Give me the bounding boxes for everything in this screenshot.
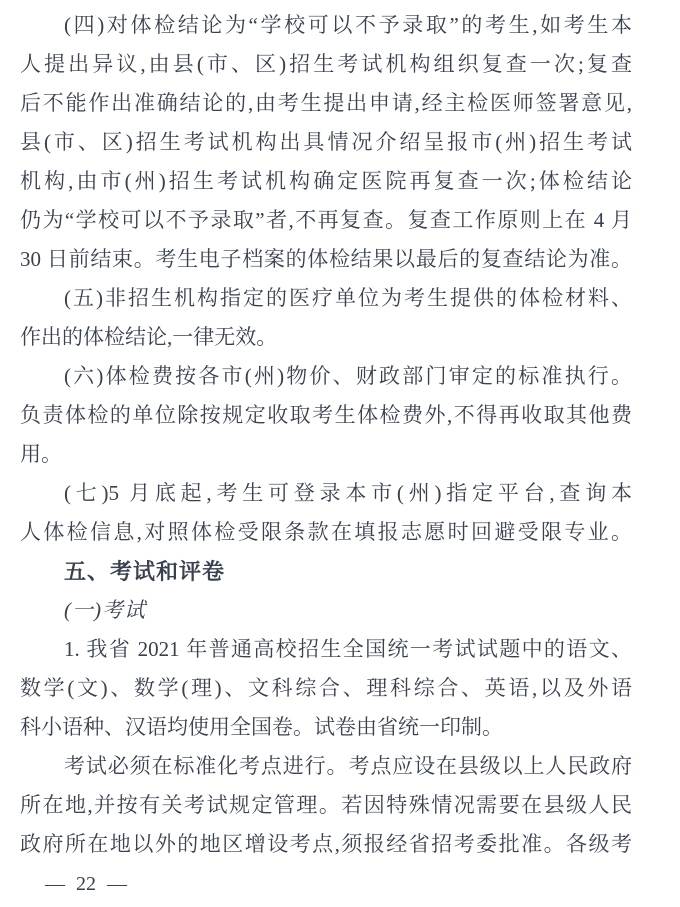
text-line: (七)5 月底起,考生可登录本市(州)指定平台,查询本 (20, 474, 632, 513)
text-line: 30 日前结束。考生电子档案的体检结果以最后的复查结论为准。 (20, 240, 632, 279)
text-line: 1. 我省 2021 年普通高校招生全国统一考试试题中的语文、 (20, 630, 632, 669)
text-line: 作出的体检结论,一律无效。 (20, 318, 632, 357)
text-line: 所在地,并按有关考试规定管理。若因特殊情况需要在县级人民 (20, 786, 632, 825)
text-line: (六)体检费按各市(州)物价、财政部门审定的标准执行。 (20, 357, 632, 396)
text-line: 政府所在地以外的地区增设考点,须报经省招考委批准。各级考 (20, 825, 632, 864)
text-line: 机构,由市(州)招生考试机构确定医院再复查一次;体检结论 (20, 162, 632, 201)
section-heading: 五、考试和评卷 (20, 552, 632, 591)
text-line: 后不能作出准确结论的,由考生提出申请,经主检医师签署意见, (20, 84, 632, 123)
text-line: 仍为“学校可以不予录取”者,不再复查。复查工作原则上在 4 月 (20, 201, 632, 240)
text-line: 用。 (20, 435, 632, 474)
text-line: 科小语种、汉语均使用全国卷。试卷由省统一印制。 (20, 708, 632, 747)
text-line: 人提出异议,由县(市、区)招生考试机构组织复查一次;复查 (20, 45, 632, 84)
subsection-heading: (一)考试 (20, 591, 632, 630)
text-line: 考试必须在标准化考点进行。考点应设在县级以上人民政府 (20, 747, 632, 786)
document-page: (四)对体检结论为“学校可以不予录取”的考生,如考生本 人提出异议,由县(市、区… (0, 0, 680, 907)
text-line: (五)非招生机构指定的医疗单位为考生提供的体检材料、 (20, 279, 632, 318)
text-line: (四)对体检结论为“学校可以不予录取”的考生,如考生本 (20, 6, 632, 45)
text-line: 负责体检的单位除按规定收取考生体检费外,不得再收取其他费 (20, 396, 632, 435)
page-number: — 22 — (45, 872, 127, 896)
text-line: 人体检信息,对照体检受限条款在填报志愿时回避受限专业。 (20, 513, 632, 552)
text-line: 数学(文)、数学(理)、文科综合、理科综合、英语,以及外语 (20, 669, 632, 708)
text-line: 县(市、区)招生考试机构出具情况介绍呈报市(州)招生考试 (20, 123, 632, 162)
